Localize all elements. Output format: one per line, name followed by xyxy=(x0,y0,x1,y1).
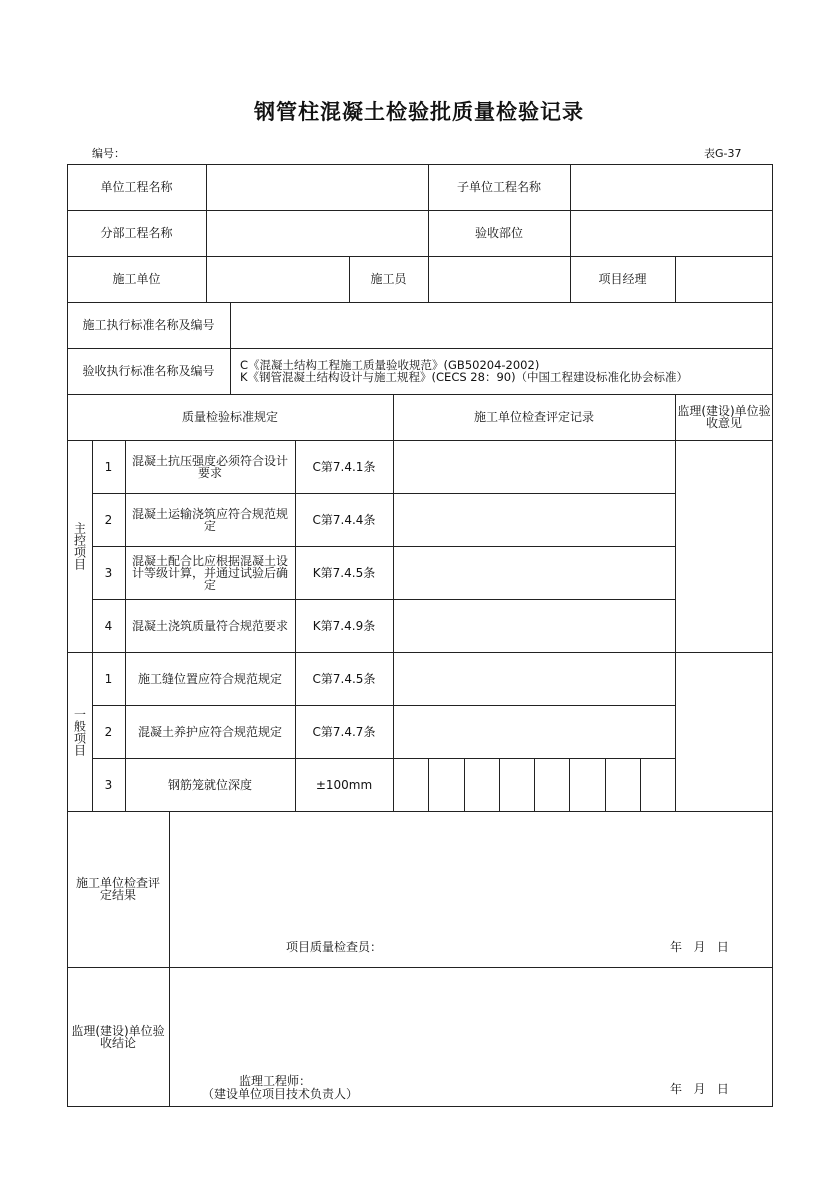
project-manager-field[interactable] xyxy=(675,256,773,302)
general-item-number: 2 xyxy=(92,705,125,758)
main-item-number: 3 xyxy=(92,546,125,599)
main-items-group-label: 主控项目 xyxy=(67,440,92,652)
general-item-description: 混凝土养护应符合规范规定 xyxy=(125,705,295,758)
general-item-clause: ±100mm xyxy=(295,758,393,811)
sub-unit-project-name-label: 子单位工程名称 xyxy=(428,164,570,210)
main-item-clause: K第7.4.5条 xyxy=(295,546,393,599)
acceptance-part-label: 验收部位 xyxy=(428,210,570,256)
main-item-record-field[interactable] xyxy=(393,440,675,493)
supervision-opinion-header: 监理(建设)单位验收意见 xyxy=(675,394,773,440)
main-item-clause: C第7.4.4条 xyxy=(295,493,393,546)
main-item-description: 混凝土浇筑质量符合规范要求 xyxy=(125,599,295,652)
page-title: 钢管柱混凝土检验批质量检验记录 xyxy=(0,96,838,126)
general-item-clause: C第7.4.7条 xyxy=(295,705,393,758)
unit-project-name-field[interactable] xyxy=(206,164,428,210)
construction-standard-label: 施工执行标准名称及编号 xyxy=(67,302,230,348)
construction-unit-label: 施工单位 xyxy=(67,256,206,302)
division-project-name-field[interactable] xyxy=(206,210,428,256)
main-item-record-field[interactable] xyxy=(393,493,675,546)
supervision-conclusion-date: 年 月 日 xyxy=(670,1080,729,1097)
acceptance-standard-label: 验收执行标准名称及编号 xyxy=(67,348,230,394)
general-item-description: 钢筋笼就位深度 xyxy=(125,758,295,811)
quality-inspector-label: 项目质量检查员： xyxy=(286,938,382,955)
general-item-measurement-field[interactable] xyxy=(393,758,428,811)
client-technical-lead-label: （建设单位项目技术负责人） xyxy=(202,1085,358,1102)
general-item-measurement-field[interactable] xyxy=(499,758,534,811)
acceptance-standard-line-k: K《钢管混凝土结构设计与施工规程》(CECS 28：90)（中国工程建设标准化协… xyxy=(230,371,688,383)
division-project-name-label: 分部工程名称 xyxy=(67,210,206,256)
quality-standard-header: 质量检验标准规定 xyxy=(67,394,393,440)
construction-unit-field[interactable] xyxy=(206,256,349,302)
general-item-measurement-field[interactable] xyxy=(464,758,499,811)
general-item-clause: C第7.4.5条 xyxy=(295,652,393,705)
construction-result-date: 年 月 日 xyxy=(670,938,729,955)
main-item-number: 2 xyxy=(92,493,125,546)
general-item-measurement-field[interactable] xyxy=(605,758,640,811)
general-item-number: 3 xyxy=(92,758,125,811)
project-manager-label: 项目经理 xyxy=(570,256,675,302)
general-item-description: 施工缝位置应符合规范规定 xyxy=(125,652,295,705)
acceptance-standard-value: C《混凝土结构工程施工质量验收规范》(GB50204-2002) K《钢管混凝土… xyxy=(230,348,773,394)
main-item-number: 1 xyxy=(92,440,125,493)
general-item-record-field[interactable] xyxy=(393,652,675,705)
main-item-clause: K第7.4.9条 xyxy=(295,599,393,652)
acceptance-part-field[interactable] xyxy=(570,210,773,256)
construction-standard-field[interactable] xyxy=(230,302,773,348)
main-item-description: 混凝土配合比应根据混凝土设计等级计算，并通过试验后确定 xyxy=(125,546,295,599)
main-item-description: 混凝土抗压强度必须符合设计要求 xyxy=(125,440,295,493)
form-code: 表G-37 xyxy=(704,145,742,161)
general-item-record-field[interactable] xyxy=(393,705,675,758)
main-item-clause: C第7.4.1条 xyxy=(295,440,393,493)
general-item-number: 1 xyxy=(92,652,125,705)
supervision-conclusion-label: 监理(建设)单位验收结论 xyxy=(67,967,169,1107)
general-item-measurement-field[interactable] xyxy=(428,758,463,811)
general-item-measurement-field[interactable] xyxy=(569,758,604,811)
main-item-description: 混凝土运输浇筑应符合规范规定 xyxy=(125,493,295,546)
sub-unit-project-name-field[interactable] xyxy=(570,164,773,210)
main-item-number: 4 xyxy=(92,599,125,652)
general-items-group-label: 一般项目 xyxy=(67,652,92,811)
main-item-record-field[interactable] xyxy=(393,546,675,599)
general-item-measurement-field[interactable] xyxy=(534,758,569,811)
general-item-measurement-field[interactable] xyxy=(640,758,675,811)
constructor-label: 施工员 xyxy=(349,256,428,302)
main-item-record-field[interactable] xyxy=(393,599,675,652)
constructor-field[interactable] xyxy=(428,256,570,302)
construction-result-label: 施工单位检查评定结果 xyxy=(67,811,169,967)
unit-project-name-label: 单位工程名称 xyxy=(67,164,206,210)
supervision-opinion-field[interactable] xyxy=(675,440,773,811)
construction-record-header: 施工单位检查评定记录 xyxy=(393,394,675,440)
serial-label: 编号： xyxy=(92,145,125,161)
